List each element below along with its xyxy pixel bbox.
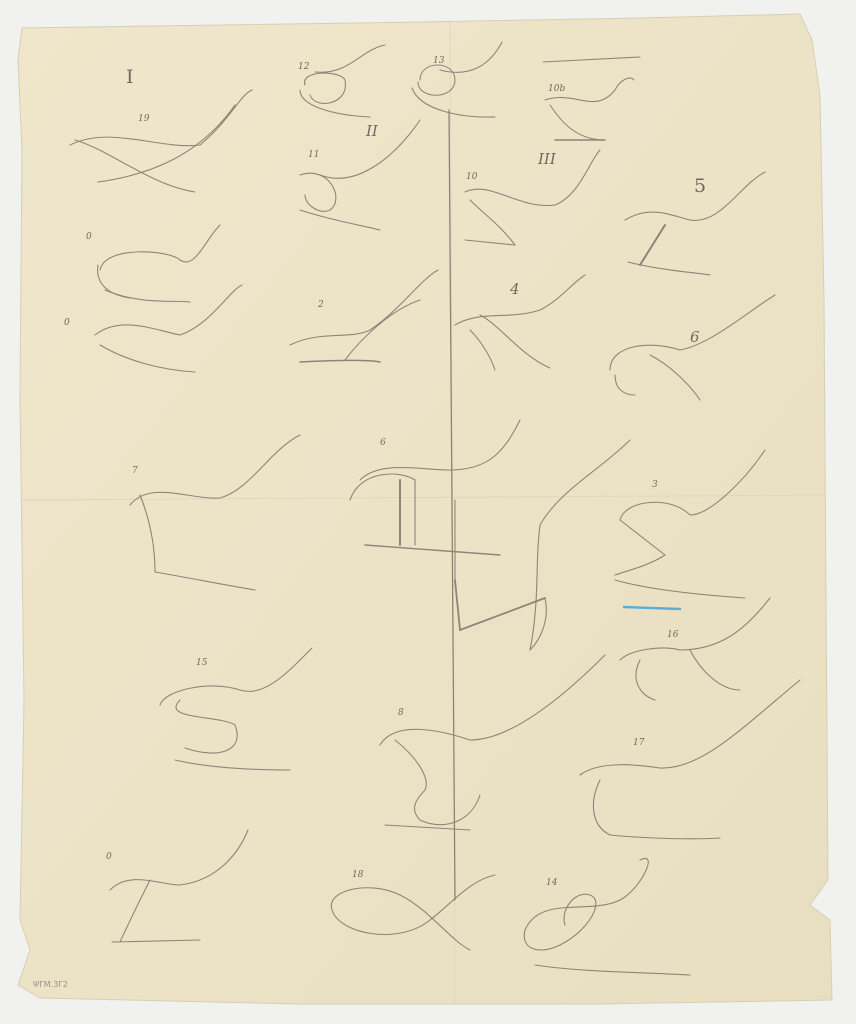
label-7: 7 [132,466,138,476]
label-0-a: 0 [86,232,92,242]
label-12: 12 [298,62,309,72]
label-0-c: 0 [106,852,112,862]
label-roman-III: III [538,150,556,168]
label-4: 4 [510,280,520,298]
catalog-mark: ΨΓΜ.3Γ2 [33,980,68,989]
label-3: 3 [652,480,658,490]
label-18: 18 [352,870,363,880]
label-13: 13 [433,56,444,66]
label-8: 8 [398,708,404,718]
label-15: 15 [196,658,207,668]
label-6-small: 6 [380,438,386,448]
label-5: 5 [694,175,706,197]
label-roman-I: I [126,66,134,88]
sketch-sheet: I 19 12 13 II 10b III 11 10 5 4 6 0 0 2 … [0,0,856,1024]
label-6: 6 [690,328,700,346]
label-10: 10 [466,172,477,182]
label-16: 16 [667,630,678,640]
paper [18,14,832,1004]
label-0-b: 0 [64,318,70,328]
label-roman-II: II [366,122,378,140]
label-2: 2 [318,300,324,310]
label-19: 19 [138,114,149,124]
label-11: 11 [308,150,319,160]
label-17: 17 [633,738,644,748]
sketch-drawing [0,0,856,1024]
label-14: 14 [546,878,557,888]
label-10b: 10b [548,84,565,94]
